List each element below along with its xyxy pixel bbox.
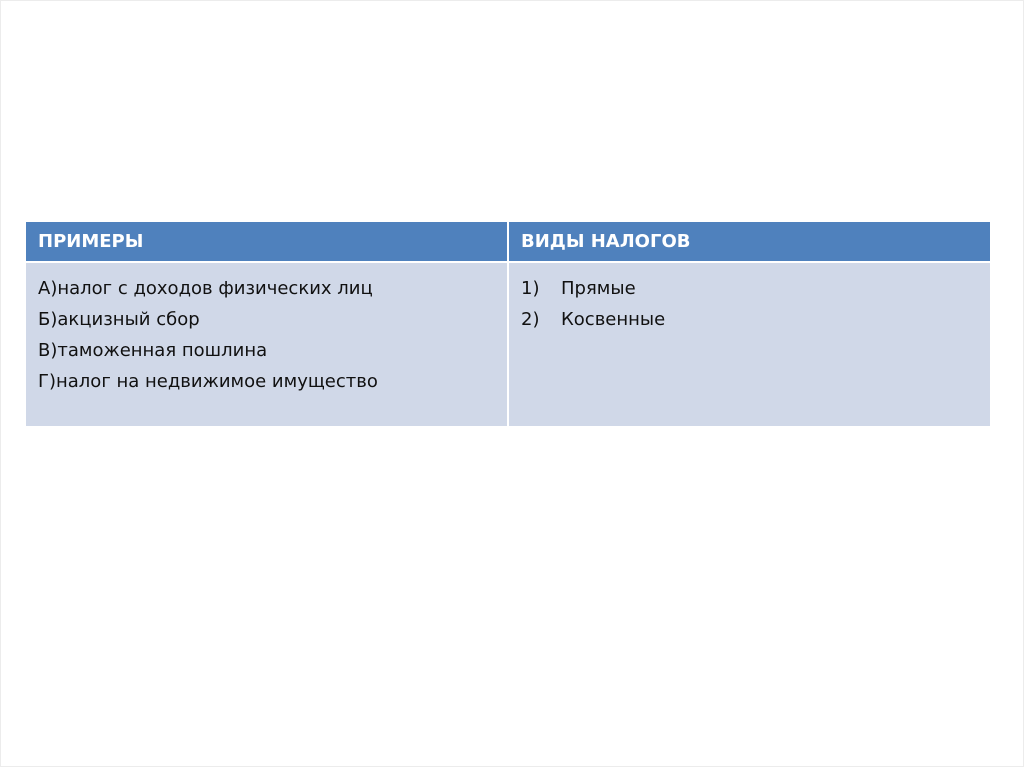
table-row: А)налог с доходов физических лиц Б)акциз… <box>26 262 990 426</box>
tax-type-item-1: 1)Прямые <box>521 273 978 304</box>
header-examples: ПРИМЕРЫ <box>26 222 508 262</box>
example-item-a: А)налог с доходов физических лиц <box>38 273 495 304</box>
tax-types-cell: 1)Прямые 2)Косвенные <box>508 262 990 426</box>
tax-matching-table: ПРИМЕРЫ ВИДЫ НАЛОГОВ А)налог с доходов ф… <box>26 222 990 426</box>
example-item-b: Б)акцизный сбор <box>38 304 495 335</box>
list-number: 2) <box>521 304 561 335</box>
tax-type-label: Косвенные <box>561 309 665 330</box>
tax-type-label: Прямые <box>561 278 636 299</box>
list-number: 1) <box>521 273 561 304</box>
example-item-c: В)таможенная пошлина <box>38 335 495 366</box>
header-tax-types: ВИДЫ НАЛОГОВ <box>508 222 990 262</box>
header-row: ПРИМЕРЫ ВИДЫ НАЛОГОВ <box>26 222 990 262</box>
examples-cell: А)налог с доходов физических лиц Б)акциз… <box>26 262 508 426</box>
example-item-d: Г)налог на недвижимое имущество <box>38 366 495 397</box>
tax-type-item-2: 2)Косвенные <box>521 304 978 335</box>
